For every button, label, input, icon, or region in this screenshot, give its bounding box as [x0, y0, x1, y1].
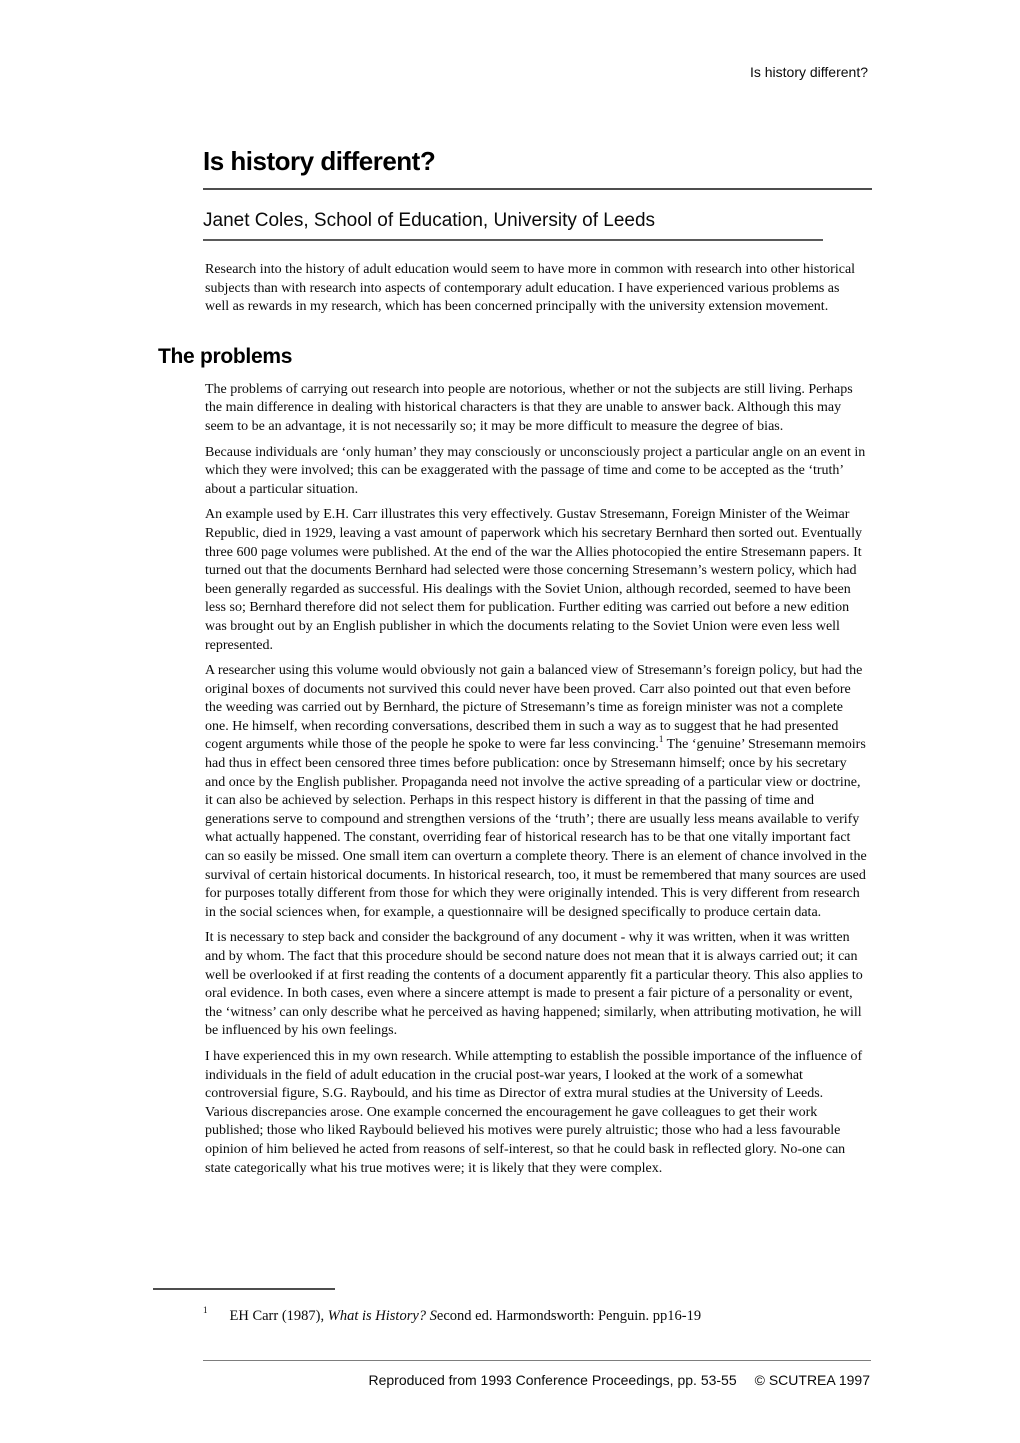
page-footer: Reproduced from 1993 Conference Proceedi…	[369, 1372, 871, 1388]
document-header: Is history different? Janet Coles, Schoo…	[203, 146, 872, 241]
footnote-text: econd ed. Harmondsworth: Penguin. pp16-1…	[437, 1308, 701, 1324]
paragraph: Because individuals are ‘only human’ the…	[205, 444, 867, 500]
paragraph: An example used by E.H. Carr illustrates…	[205, 506, 867, 655]
title-rule	[203, 188, 872, 190]
footnote-marker: 1	[203, 1305, 208, 1315]
author-rule	[203, 239, 823, 241]
intro-paragraph: Research into the history of adult educa…	[205, 261, 867, 317]
footnote-book-title: What is History? S	[328, 1308, 437, 1324]
footnote-separator-rule	[153, 1288, 335, 1290]
paragraph: I have experienced this in my own resear…	[205, 1048, 867, 1178]
page-title: Is history different?	[203, 146, 872, 176]
paragraph: The problems of carrying out research in…	[205, 381, 867, 437]
paragraph: It is necessary to step back and conside…	[205, 929, 867, 1041]
running-header: Is history different?	[750, 64, 868, 80]
footnote-text: EH Carr (1987),	[230, 1308, 328, 1324]
footer-copyright-text: © SCUTREA 1997	[755, 1372, 870, 1388]
footer-rule	[203, 1360, 871, 1361]
author-line: Janet Coles, School of Education, Univer…	[203, 209, 872, 232]
section-heading-the-problems: The problems	[158, 345, 867, 369]
footnote: 1EH Carr (1987), What is History? Second…	[203, 1301, 823, 1326]
document-page: Is history different? Is history differe…	[0, 0, 1020, 1443]
body-text: Research into the history of adult educa…	[205, 261, 867, 1178]
paragraph-with-footnote-ref: A researcher using this volume would obv…	[205, 662, 867, 922]
footer-reproduced-text: Reproduced from 1993 Conference Proceedi…	[369, 1372, 737, 1388]
paragraph-text: The ‘genuine’ Stresemann memoirs had thu…	[205, 737, 867, 919]
